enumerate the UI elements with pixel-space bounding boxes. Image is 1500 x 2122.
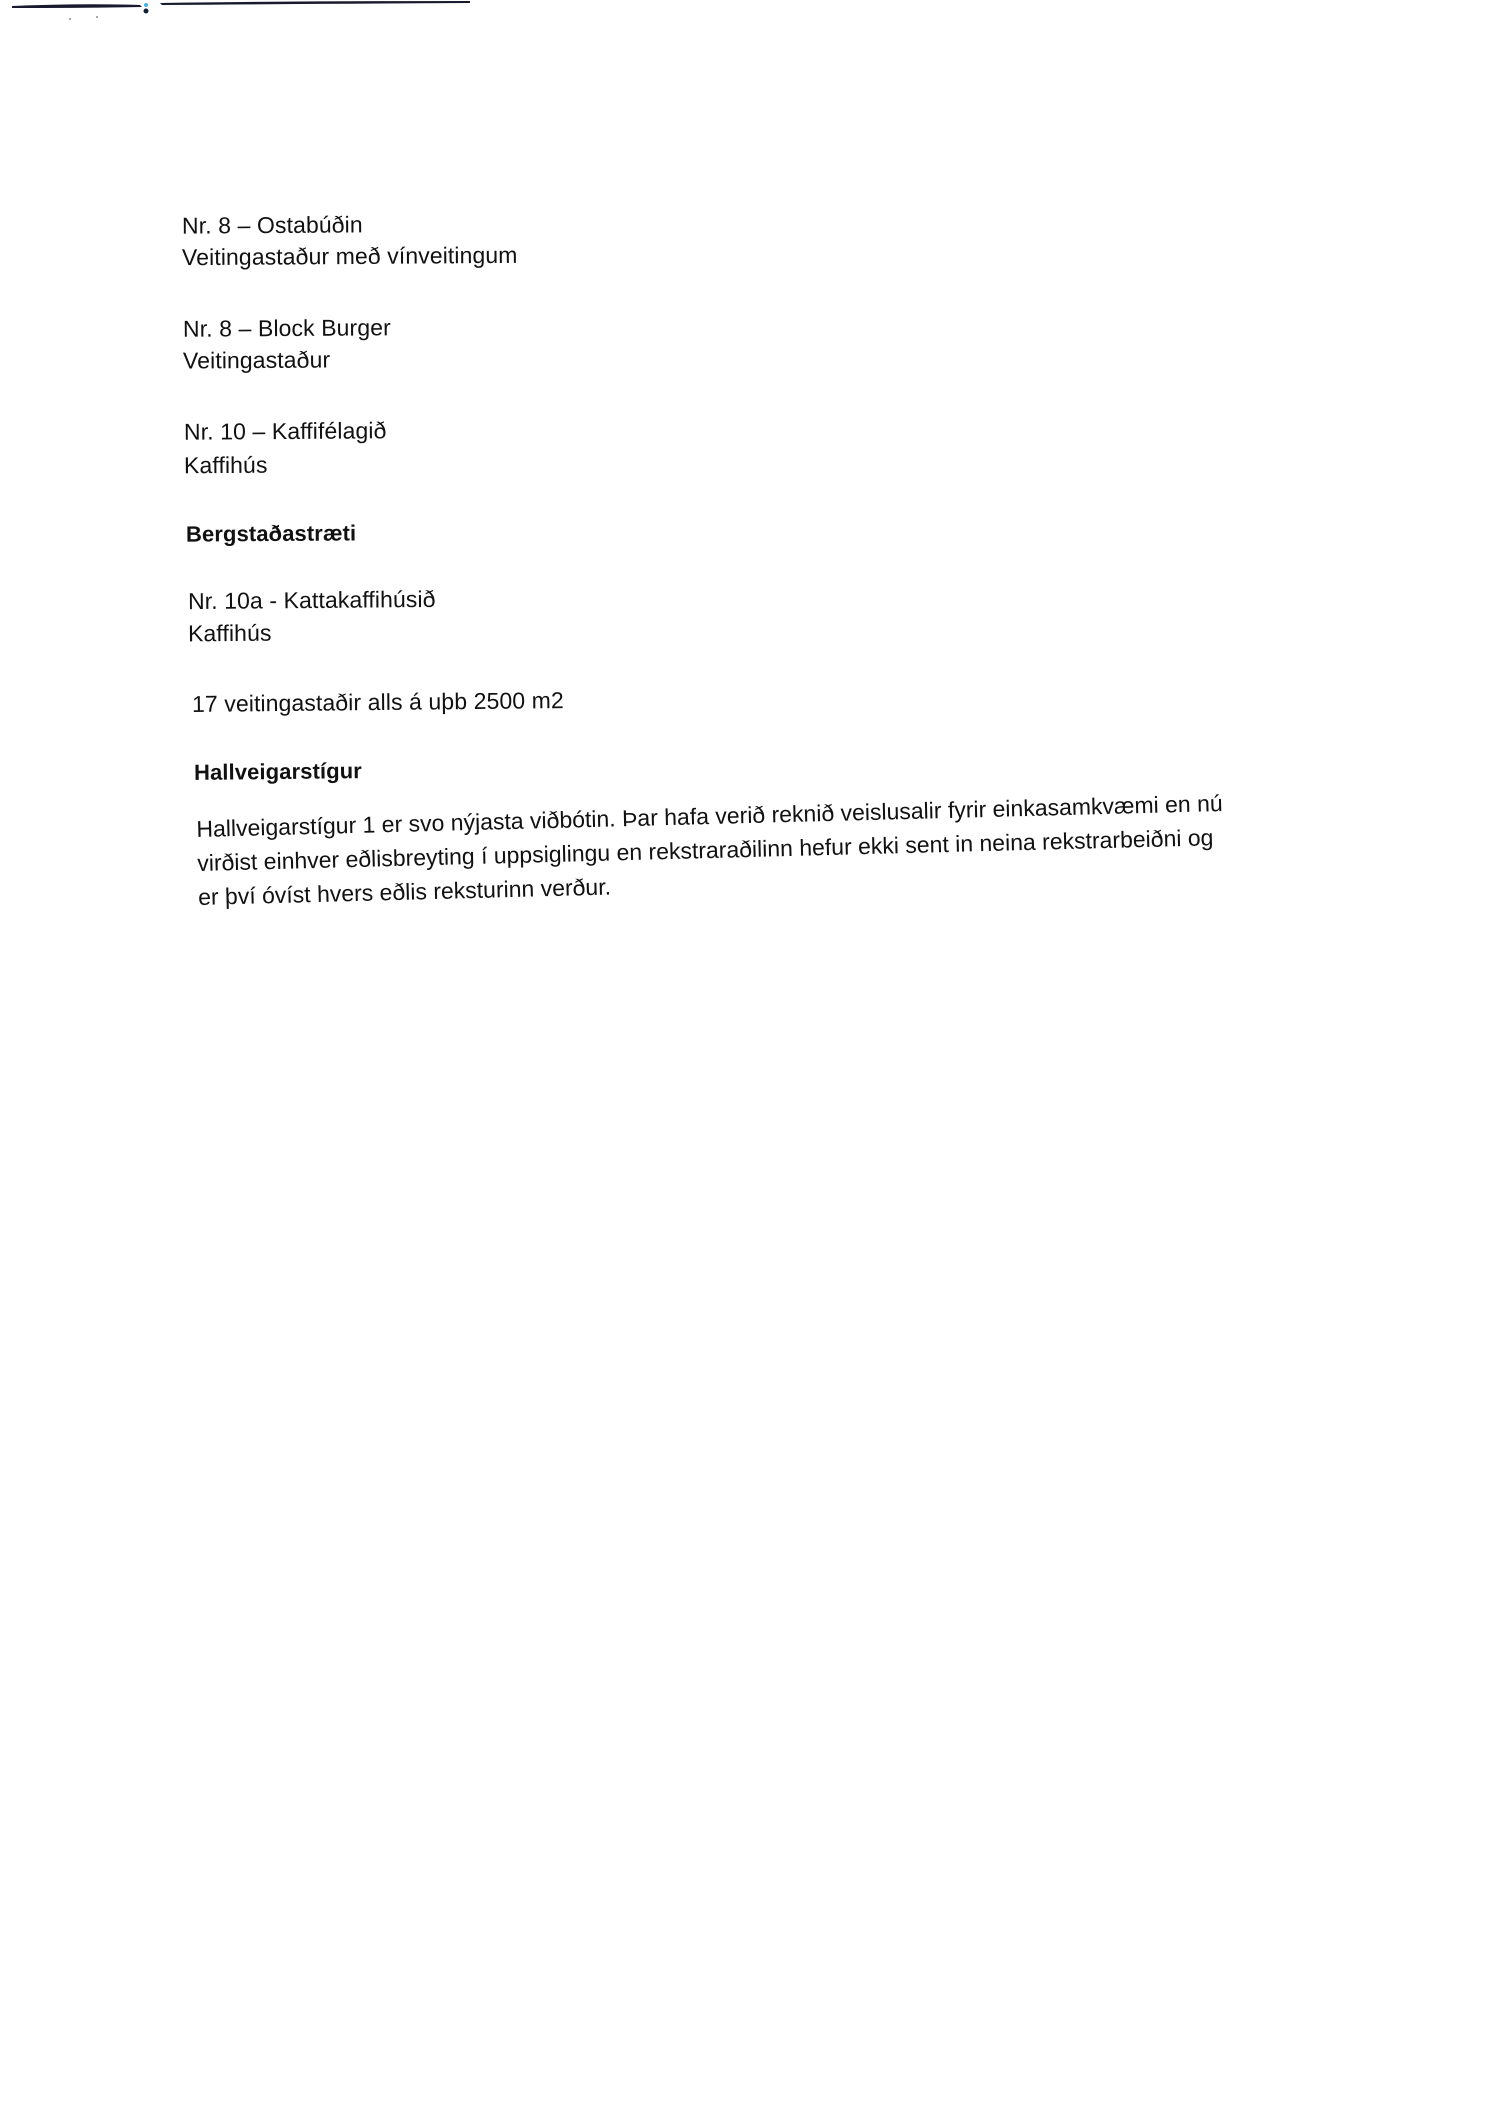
entry-title-kaffifelagid: Nr. 10 – Kaffifélagið <box>184 416 387 445</box>
entry-type-ostabudin: Veitingastaður með vínveitingum <box>182 241 518 271</box>
entry-type-kattakaffihusid: Kaffihús <box>188 619 272 648</box>
summary-text: 17 veitingastaðir alls á uþb 2500 m2 <box>192 686 564 718</box>
section-heading-hallveigarstigur: Hallveigarstígur <box>194 757 362 787</box>
section-heading-bergstadastraeti: Bergstaðastræti <box>186 519 356 548</box>
entry-type-kaffifelagid: Kaffihús <box>184 451 268 480</box>
document-page: Nr. 8 – Ostabúðin Veitingastaður með vín… <box>0 0 1500 2122</box>
entry-title-block-burger: Nr. 8 – Block Burger <box>183 313 391 342</box>
hallveigarstigur-paragraph: Hallveigarstígur 1 er svo nýjasta viðbót… <box>196 782 1378 914</box>
entry-type-block-burger: Veitingastaður <box>183 345 330 374</box>
entry-title-ostabudin: Nr. 8 – Ostabúðin <box>182 210 363 239</box>
entry-title-kattakaffihusid: Nr. 10a - Kattakaffihúsið <box>188 585 436 615</box>
